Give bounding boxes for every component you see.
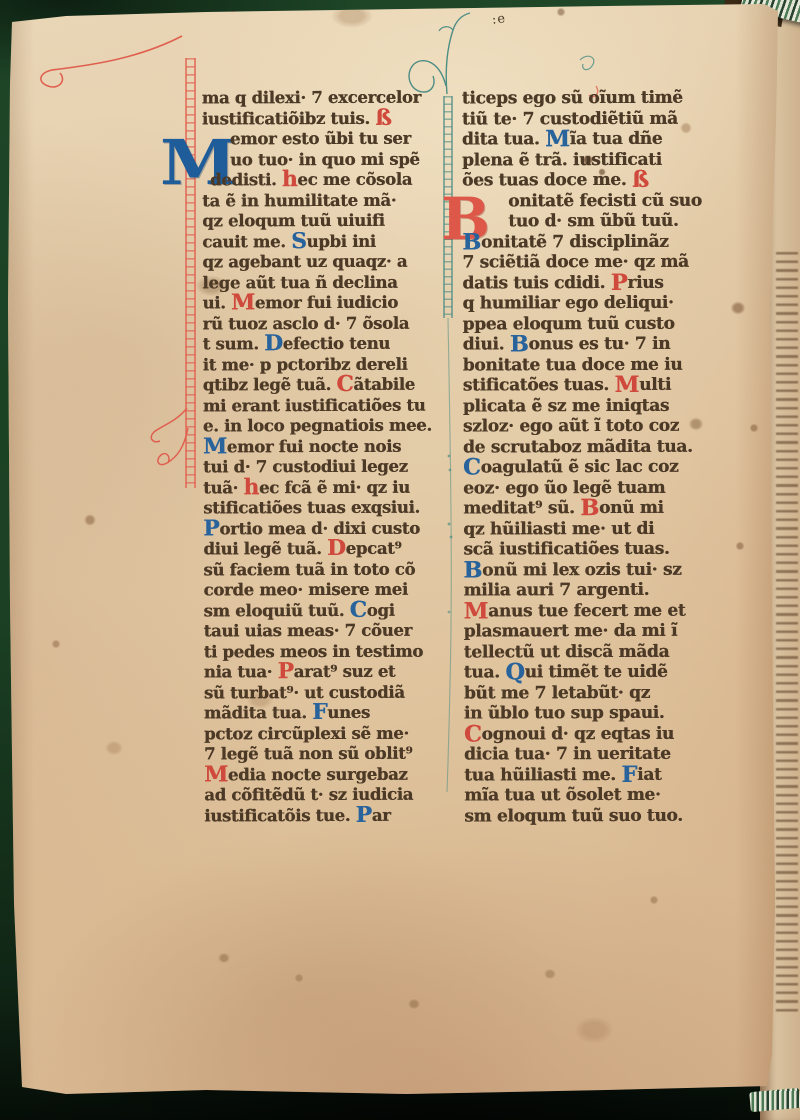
text-run: mi erant iustificatiões tu	[203, 395, 426, 415]
text-run: 7 sciẽtiã doce me· qz mã	[462, 252, 688, 273]
text-run: edia nocte surgebaz	[228, 764, 408, 784]
versal-initial: C	[350, 600, 367, 621]
text-line: tua. Qui timẽt te uidẽ	[464, 661, 756, 683]
text-run: ta ẽ in humilitate mã·	[202, 190, 396, 210]
text-run: ortio mea d· dixi custo	[219, 518, 420, 538]
text-line: taui uias meas· 7 cõuer	[204, 621, 446, 642]
text-run: iustificatiõibz tuis.	[202, 108, 376, 128]
text-run: mãdita tua.	[204, 703, 312, 722]
text-run: qz hũiliasti me· ut di	[463, 518, 654, 539]
versal-initial: S	[291, 232, 306, 253]
versal-initial: C	[463, 457, 481, 478]
text-run: emor esto ũbi tu ser	[230, 129, 411, 149]
text-line: in ũblo tuo sup spaui.	[464, 702, 756, 724]
versal-initial: M	[614, 375, 639, 396]
text-run: scã iustificatiões tuas.	[463, 539, 669, 560]
text-line: ti pedes meos in testimo	[204, 641, 446, 662]
text-line: cauit me. Supbi ini	[202, 231, 444, 252]
text-run: onũ mi	[599, 498, 664, 518]
text-line: plasmauert me· da mi ĩ	[464, 620, 756, 642]
text-line: q humiliar ego deliqui·	[462, 292, 754, 314]
text-run: t sum.	[203, 334, 265, 353]
versal-initial: P	[611, 272, 628, 293]
text-run: ar	[372, 805, 391, 824]
text-line: t sum. Defectio tenu	[203, 334, 445, 355]
versal-initial: B	[510, 334, 529, 355]
text-line: de scrutaboz mãdita tua.	[463, 436, 755, 458]
text-line: uo tuo· in quo mi spẽ	[202, 149, 444, 170]
underlying-page-text	[776, 252, 798, 1012]
text-line: iustificatiõibz tuis. ß	[202, 108, 444, 129]
text-run: stificatiões tuas exqsiui.	[203, 498, 420, 518]
text-line: Manus tue fecert me et	[464, 600, 756, 622]
text-line: nia tua· Parat⁹ suz et	[204, 662, 446, 683]
text-run: mĩa tua ut õsolet me·	[464, 785, 660, 806]
versal-initial: M	[231, 293, 255, 314]
text-line: qz eloqum tuũ uiuifi	[202, 211, 444, 232]
text-run: dedisti.	[210, 170, 282, 189]
text-run: tui d· 7 custodiui legez	[203, 457, 408, 477]
text-line: Cognoui d· qz eqtas iu	[464, 723, 756, 745]
text-run: onitatẽ fecisti cũ suo	[508, 190, 702, 211]
text-line: ões tuas doce me. ß	[462, 169, 754, 191]
text-run: ui timẽt te uidẽ	[525, 662, 668, 682]
text-run: tiũ te· 7 custodiẽtiũ mã	[462, 108, 678, 129]
quire-mark: :e	[491, 11, 507, 27]
versal-initial: Q	[505, 662, 524, 683]
text-run: diui.	[463, 334, 510, 354]
text-run: tua.	[464, 662, 506, 682]
text-line: ui. Memor fui iudicio	[202, 293, 444, 314]
text-line: Coagulatũ ẽ sic lac coz	[463, 456, 755, 478]
text-run: onitatẽ 7 disciplinãz	[481, 231, 669, 252]
versal-initial: h	[243, 478, 259, 499]
text-run: eoz· ego ũo legẽ tuam	[463, 477, 665, 498]
text-line: mĩa tua ut õsolet me·	[464, 784, 756, 806]
text-line: plena ẽ trã. iustificati	[462, 149, 754, 171]
text-line: mi erant iustificatiões tu	[203, 395, 445, 416]
text-run: dicia tua· 7 in ueritate	[464, 744, 671, 765]
text-line: it me· p pctoribz dereli	[203, 354, 445, 375]
versal-initial: C	[336, 375, 353, 396]
text-line: ta ẽ in humilitate mã·	[202, 190, 444, 211]
versal-initial: F	[621, 764, 637, 785]
text-line: dicia tua· 7 in ueritate	[464, 743, 756, 765]
text-line: Portio mea d· dixi custo	[203, 518, 445, 539]
text-run: qtibz legẽ tuã.	[203, 375, 337, 394]
text-line: diui. Bonus es tu· 7 in	[463, 333, 755, 355]
text-run: uo tuo· in quo mi spẽ	[230, 149, 420, 169]
text-run: anus tue fecert me et	[488, 600, 685, 621]
text-run: meditat⁹ sũ.	[463, 498, 580, 518]
versal-initial: F	[312, 703, 327, 724]
text-line: tui d· 7 custodiui legez	[203, 457, 445, 478]
text-run: ogi	[367, 600, 395, 619]
text-run: onus es tu· 7 in	[528, 334, 670, 354]
text-line: szloz· ego aũt ĩ toto coz	[463, 415, 755, 437]
text-line: qtibz legẽ tuã. Cãtabile	[203, 375, 445, 396]
text-run: sũ turbat⁹· ut custodiã	[204, 682, 405, 702]
text-line: tiũ te· 7 custodiẽtiũ mã	[462, 108, 754, 130]
text-line: milia auri 7 argenti.	[463, 579, 755, 601]
text-run: cauit me.	[202, 232, 291, 251]
text-line: rũ tuoz asclo d· 7 õsola	[202, 313, 444, 334]
text-run: sm eloqum tuũ suo tuo.	[464, 805, 683, 826]
text-line: qz agebant uz quaqz· a	[202, 252, 444, 273]
text-line: sũ faciem tuã in toto cõ	[203, 559, 445, 580]
text-run: ticeps ego sũ oĩum timẽ	[462, 88, 683, 109]
text-line: diui legẽ tuã. Depcat⁹	[203, 539, 445, 560]
text-run: iustificatõis tue.	[204, 805, 355, 825]
text-run: qz eloqum tuũ uiuifi	[202, 211, 384, 231]
text-run: epcat⁹	[346, 539, 402, 558]
text-run: oagulatũ ẽ sic lac coz	[481, 457, 679, 478]
manuscript-page: :e M B ma q dilexi· 7 excerceloriustific…	[6, 4, 782, 1098]
text-run: corde meo· misere mei	[203, 580, 407, 600]
text-line: bonitate tua doce me iu	[463, 354, 755, 376]
text-line: pctoz circũplexi sẽ me·	[204, 723, 446, 744]
text-run: de scrutaboz mãdita tua.	[463, 436, 693, 457]
versal-initial: ß	[632, 170, 649, 191]
text-run: ec fcã ẽ mi· qz iu	[259, 477, 410, 497]
text-run: q humiliar ego deliqui·	[462, 293, 673, 314]
text-line: Media nocte surgebaz	[204, 764, 446, 785]
text-run: bonitate tua doce me iu	[463, 354, 683, 375]
text-column-right: ticeps ego sũ oĩum timẽtiũ te· 7 custodi…	[462, 87, 757, 826]
text-run: unes	[327, 703, 370, 722]
versal-initial: P	[356, 805, 372, 826]
photo-background: :e M B ma q dilexi· 7 excerceloriustific…	[0, 0, 800, 1120]
text-line: ticeps ego sũ oĩum timẽ	[462, 87, 754, 109]
text-run: emor fui iudicio	[255, 293, 398, 312]
text-line: corde meo· misere mei	[203, 580, 445, 601]
text-run: lege aũt tua ñ declina	[202, 272, 397, 292]
versal-initial: h	[282, 170, 298, 191]
text-line: stificatiões tuas exqsiui.	[203, 498, 445, 519]
text-line: ppea eloqum tuũ custo	[462, 313, 754, 335]
text-run: rũ tuoz asclo d· 7 õsola	[202, 313, 409, 333]
text-run: efectio tenu	[283, 334, 390, 353]
text-run: 7 legẽ tuã non sũ oblit⁹	[204, 744, 412, 764]
text-line: stificatões tuas. Multi	[463, 374, 755, 396]
endband-bottom-icon	[749, 1088, 800, 1112]
text-run: in ũblo tuo sup spaui.	[464, 703, 665, 724]
text-column-left: ma q dilexi· 7 excerceloriustificatiõibz…	[202, 88, 447, 827]
text-line: plicata ẽ sz me iniqtas	[463, 395, 755, 417]
text-run: plicata ẽ sz me iniqtas	[463, 395, 669, 416]
versal-initial: M	[204, 765, 228, 786]
text-line: Bonũ mi lex ozis tui· sz	[463, 559, 755, 581]
versal-initial: B	[462, 232, 481, 253]
versal-initial: P	[278, 662, 294, 683]
text-run: tuã·	[203, 478, 243, 497]
text-line: scã iustificatiões tuas.	[463, 538, 755, 560]
text-run: ec me cõsola	[297, 170, 412, 189]
text-run: qz agebant uz quaqz· a	[202, 252, 407, 272]
text-run: diui legẽ tuã.	[203, 539, 327, 558]
text-line: e. in loco pegnatiois mee.	[203, 416, 445, 437]
text-run: ma q dilexi· 7 excercelor	[202, 88, 421, 108]
text-line: dedisti. hec me cõsola	[202, 170, 444, 191]
text-run: ognoui d· qz eqtas iu	[481, 723, 673, 744]
versal-initial: D	[264, 334, 283, 355]
text-line: sm eloqum tuũ suo tuo.	[464, 805, 756, 827]
text-run: ulti	[639, 375, 671, 395]
text-run: ppea eloqum tuũ custo	[462, 313, 674, 334]
text-run: arat⁹ suz et	[294, 662, 396, 681]
text-line: Memor fui nocte nois	[203, 436, 445, 457]
text-line: iustificatõis tue. Par	[204, 805, 446, 826]
text-line: sm eloquiũ tuũ. Cogi	[204, 600, 446, 621]
text-run: ti pedes meos in testimo	[204, 641, 423, 661]
text-run: ui.	[202, 293, 231, 312]
text-run: upbi ini	[306, 231, 375, 250]
text-line: emor esto ũbi tu ser	[202, 129, 444, 150]
text-run: datis tuis cdidi.	[462, 272, 610, 293]
text-run: tua hũiliasti me.	[464, 764, 621, 785]
text-line: 7 legẽ tuã non sũ oblit⁹	[204, 744, 446, 765]
text-run: sũ faciem tuã in toto cõ	[203, 559, 415, 579]
text-run: ãtabile	[353, 375, 415, 394]
text-run: ões tuas doce me.	[462, 170, 632, 191]
text-run: e. in loco pegnatiois mee.	[203, 416, 432, 436]
text-line: tuã· hec fcã ẽ mi· qz iu	[203, 477, 445, 498]
text-line: bũt me 7 letabũt· qz	[464, 682, 756, 704]
text-run: plasmauert me· da mi ĩ	[464, 621, 678, 642]
text-line: 7 sciẽtiã doce me· qz mã	[462, 251, 754, 273]
text-line: qz hũiliasti me· ut di	[463, 518, 755, 540]
text-run: szloz· ego aũt ĩ toto coz	[463, 416, 679, 437]
text-line: mãdita tua. Funes	[204, 703, 446, 724]
versal-initial: ß	[375, 108, 391, 129]
text-run: ĩa tua dñe	[570, 129, 663, 149]
versal-initial: C	[464, 724, 482, 745]
text-run: sm eloquiũ tuũ.	[204, 600, 350, 620]
versal-initial: M	[545, 129, 570, 150]
text-run: taui uias meas· 7 cõuer	[204, 621, 412, 641]
text-run: iat	[637, 764, 662, 784]
text-run: bũt me 7 letabũt· qz	[464, 682, 650, 703]
text-run: stificatões tuas.	[463, 375, 615, 396]
versal-initial: D	[327, 539, 346, 560]
text-line: ad cõfitẽdũ t· sz iudicia	[204, 785, 446, 806]
text-run: emor fui nocte nois	[227, 436, 401, 456]
versal-initial: M	[464, 601, 489, 622]
text-line: tuo d· sm ũbũ tuũ.	[462, 210, 754, 232]
text-run: rius	[627, 272, 663, 292]
text-line: onitatẽ fecisti cũ suo	[462, 190, 754, 212]
text-run: nia tua·	[204, 662, 278, 681]
text-line: tua hũiliasti me. Fiat	[464, 764, 756, 786]
text-run: it me· p pctoribz dereli	[203, 354, 408, 374]
text-run: dita tua.	[462, 129, 545, 149]
text-line: eoz· ego ũo legẽ tuam	[463, 477, 755, 499]
text-line: ma q dilexi· 7 excercelor	[202, 88, 444, 109]
text-run: pctoz circũplexi sẽ me·	[204, 723, 409, 743]
text-run: ad cõfitẽdũ t· sz iudicia	[204, 785, 413, 805]
versal-initial: P	[203, 519, 219, 540]
versal-initial: M	[203, 437, 227, 458]
text-line: Bonitatẽ 7 disciplinãz	[462, 231, 754, 253]
text-run: tuo d· sm ũbũ tuũ.	[508, 211, 678, 232]
versal-initial: B	[463, 560, 482, 581]
text-run: milia auri 7 argenti.	[463, 580, 649, 601]
text-line: datis tuis cdidi. Prius	[462, 272, 754, 294]
versal-initial: B	[580, 498, 599, 519]
text-run: onũ mi lex ozis tui· sz	[482, 559, 682, 580]
text-run: tellectũ ut discã mãda	[464, 641, 670, 662]
text-line: meditat⁹ sũ. Bonũ mi	[463, 497, 755, 519]
text-line: dita tua. Mĩa tua dñe	[462, 128, 754, 150]
